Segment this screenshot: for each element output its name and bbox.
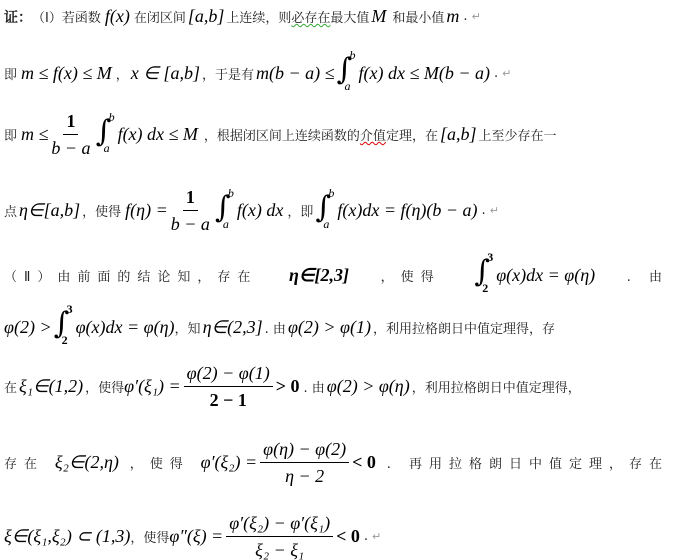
text: . xyxy=(494,66,498,81)
math-m: m xyxy=(446,6,459,27)
text: 最大值 xyxy=(330,7,369,26)
text: . 由 xyxy=(265,318,286,337)
text: . xyxy=(364,529,368,544)
fraction: 1 b − a xyxy=(171,186,210,235)
fraction: 1 b − a xyxy=(51,110,90,159)
spellcheck-underlined-text: 介值 xyxy=(360,125,386,144)
math-eta-domain: η∈[a,b] xyxy=(19,200,80,221)
math-compare: φ(2) > φ(η) xyxy=(327,376,410,397)
text: ，使得 xyxy=(130,527,169,546)
integral-sign: ∫ b a xyxy=(315,194,335,228)
grammar-underlined-text: 必存在 xyxy=(291,7,330,26)
math-interval: [a,b] xyxy=(188,6,225,27)
math-xi1-domain: ξ₁∈(1,2) xyxy=(19,376,83,397)
text: . 由 xyxy=(303,377,324,396)
math-f-eta: f(η) = xyxy=(125,200,168,221)
math-m-le: m ≤ xyxy=(21,124,48,145)
math-eta-domain: η∈(2,3] xyxy=(203,317,263,338)
math-domain: x ∈ [a,b] xyxy=(131,63,200,84)
math-lower-bound: m(b − a) ≤ xyxy=(256,63,335,84)
math-integrand: φ(x)dx = φ(η) xyxy=(496,265,595,286)
text: ，使得 xyxy=(82,201,121,220)
paragraph-mark-icon: ↵ xyxy=(472,10,481,23)
text: 在闭区间 xyxy=(134,7,186,26)
math-xi2-domain: ξ₂∈(2,η) xyxy=(55,452,119,473)
proof-label: 证： xyxy=(4,7,32,27)
text: ，根据闭区间上连续函数的 xyxy=(204,125,360,144)
fraction: φ(η) − φ(2) η − 2 xyxy=(260,438,349,487)
math-rhs: < 0 xyxy=(352,452,376,473)
text: . 由 xyxy=(627,266,669,285)
proof-line-2: 即 m ≤ f(x) ≤ M ， x ∈ [a,b] ，于是有 m(b − a)… xyxy=(4,56,511,90)
proof-line-1: 证： （Ⅰ）若函数 f(x) 在闭区间 [a,b] 上连续，则 必存在 最大值 … xyxy=(4,6,481,27)
math-lhs: φ′(ξ₂) = xyxy=(201,452,258,473)
integral-sign: ∫ b a xyxy=(336,56,356,90)
math-lhs: φ″(ξ) = xyxy=(169,526,223,547)
text: 上至少存在一 xyxy=(478,125,556,144)
text: （Ⅰ）若函数 xyxy=(32,7,101,26)
math-integrand: f(x) dx ≤ M(b − a) xyxy=(358,63,489,84)
math-integrand: φ(x)dx = φ(η) xyxy=(76,317,175,338)
math-integrand: f(x)dx = f(η)(b − a) xyxy=(337,200,477,221)
text: ，即 xyxy=(287,201,313,220)
text: ， xyxy=(116,64,129,83)
math-compare: φ(2) > φ(1) xyxy=(288,317,371,338)
math-phi-gt: φ(2) > xyxy=(4,317,52,338)
text: （Ⅱ）由前面的结论知，存在 xyxy=(4,266,257,285)
text: 在 xyxy=(4,377,17,396)
text: 点 xyxy=(4,201,17,220)
math-lhs: φ′(ξ₁) = xyxy=(124,376,181,397)
integral-sign: ∫ b a xyxy=(215,194,235,228)
math-integrand: f(x) dx ≤ M xyxy=(118,124,198,145)
math-fx: f(x) xyxy=(105,6,130,27)
proof-line-3: 即 m ≤ 1 b − a ∫ b a f(x) dx ≤ M ，根据闭区间上连… xyxy=(4,110,556,159)
math-inequality: m ≤ f(x) ≤ M xyxy=(21,63,112,84)
math-M: M xyxy=(371,6,386,27)
proof-line-7: 在 ξ₁∈(1,2) ，使得 φ′(ξ₁) = φ(2) − φ(1) 2 − … xyxy=(4,362,581,411)
text: ，利用拉格朗日中值定理得， xyxy=(412,377,581,396)
integral-sign: ∫ b a xyxy=(96,118,116,152)
proof-line-9: ξ∈(ξ₁,ξ₂) ⊂ (1,3) ，使得 φ″(ξ) = φ′(ξ₂) − φ… xyxy=(4,512,381,560)
math-xi-domain: ξ∈(ξ₁,ξ₂) ⊂ (1,3) xyxy=(4,526,130,547)
text: ，利用拉格朗日中值定理得，存 xyxy=(373,318,555,337)
text: ，使得 xyxy=(130,453,190,472)
text: ，知 xyxy=(175,318,201,337)
text: . 再用拉格朗日中值定理，存在 xyxy=(387,453,669,472)
integral-sign: ∫ 3 2 xyxy=(474,258,494,292)
proof-line-6: φ(2) > ∫ 3 2 φ(x)dx = φ(η) ，知 η∈(2,3] . … xyxy=(4,310,555,344)
paragraph-mark-icon: ↵ xyxy=(502,67,511,80)
text: 和最小值 xyxy=(392,7,444,26)
math-interval: [a,b] xyxy=(440,124,477,145)
proof-line-8: 存在 ξ₂∈(2,η) ，使得 φ′(ξ₂) = φ(η) − φ(2) η −… xyxy=(4,438,669,487)
paragraph-mark-icon: ↵ xyxy=(372,530,381,543)
fraction: φ′(ξ₂) − φ′(ξ₁) ξ₂ − ξ₁ xyxy=(226,512,333,560)
math-integrand: f(x) dx xyxy=(237,200,283,221)
fraction: φ(2) − φ(1) 2 − 1 xyxy=(184,362,273,411)
text: . xyxy=(463,9,467,24)
math-eta-domain: η∈[2,3] xyxy=(289,265,349,286)
integral-sign: ∫ 3 2 xyxy=(54,310,74,344)
text: . xyxy=(482,203,486,218)
text: ，于是有 xyxy=(202,64,254,83)
paragraph-mark-icon: ↵ xyxy=(490,204,499,217)
proof-line-5: （Ⅱ）由前面的结论知，存在 η∈[2,3] ，使得 ∫ 3 2 φ(x)dx =… xyxy=(4,258,669,292)
proof-line-4: 点 η∈[a,b] ，使得 f(η) = 1 b − a ∫ b a f(x) … xyxy=(4,186,499,235)
text: 即 xyxy=(4,125,17,144)
text: 存在 xyxy=(4,453,44,472)
text: 定理，在 xyxy=(386,125,438,144)
text: 上连续，则 xyxy=(226,7,291,26)
text: ，使得 xyxy=(85,377,124,396)
text: 即 xyxy=(4,64,17,83)
text: ，使得 xyxy=(381,266,441,285)
math-rhs: > 0 xyxy=(276,376,300,397)
math-rhs: < 0 xyxy=(336,526,360,547)
